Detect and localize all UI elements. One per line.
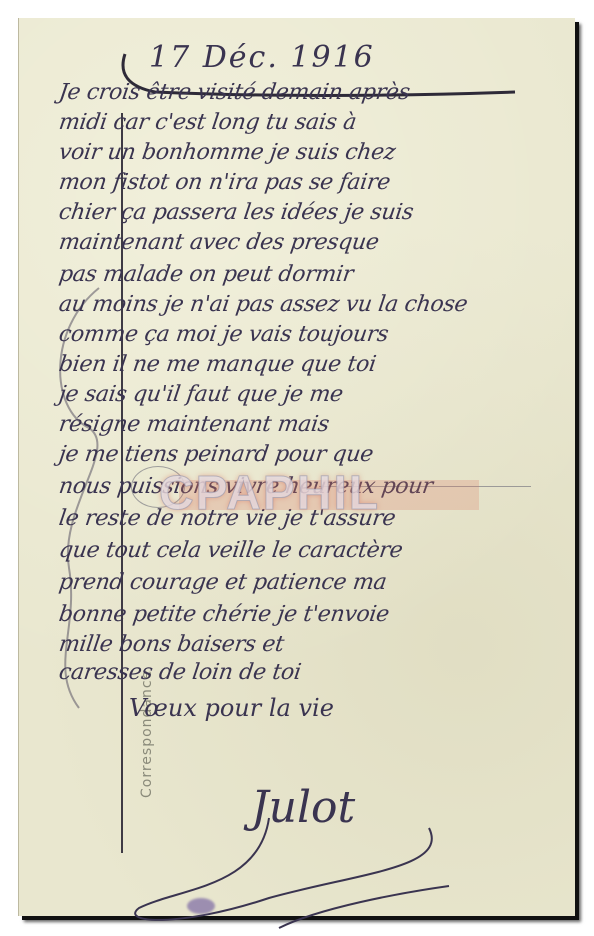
letter-line: prend courage et patience ma (57, 570, 388, 595)
letter-line: pas malade on peut dormir (57, 262, 354, 287)
letter-line: bonne petite chérie je t'envoie (57, 602, 390, 627)
letter-line: Je crois être visité demain après (57, 80, 411, 105)
watermark: CPAPHIL (159, 466, 380, 521)
letter-line: au moins je n'ai pas assez vu la chose (57, 292, 469, 317)
letter-line: maintenant avec des presque (57, 230, 380, 255)
letter-line: mon fistot on n'ira pas se faire (57, 170, 391, 195)
letter-line: je sais qu'il faut que je me (57, 382, 344, 407)
ink-blot (187, 898, 215, 914)
letter-line: que tout cela veille le caractère (57, 538, 404, 563)
signature: Julot (251, 782, 355, 833)
date: 17 Déc. 1916 (149, 40, 375, 75)
letter-line: chier ça passera les idées je suis (57, 200, 415, 225)
letter-line: voir un bonhomme je suis chez (57, 140, 397, 165)
letter-line: midi car c'est long tu sais à (57, 110, 358, 135)
letter-line: je me tiens peinard pour que (57, 442, 374, 467)
closing-line: Vœux pour la vie (129, 694, 334, 722)
letter-line: comme ça moi je vais toujours (57, 322, 390, 347)
letter-line: mille bons baisers et (57, 632, 285, 657)
letter-line: caresses de loin de toi (57, 660, 302, 685)
letter-line: bien il ne me manque que toi (57, 352, 377, 377)
postcard: 17 Déc. 1916 Correspondance Je crois êtr… (18, 18, 575, 916)
letter-line: résigne maintenant mais (57, 412, 330, 437)
